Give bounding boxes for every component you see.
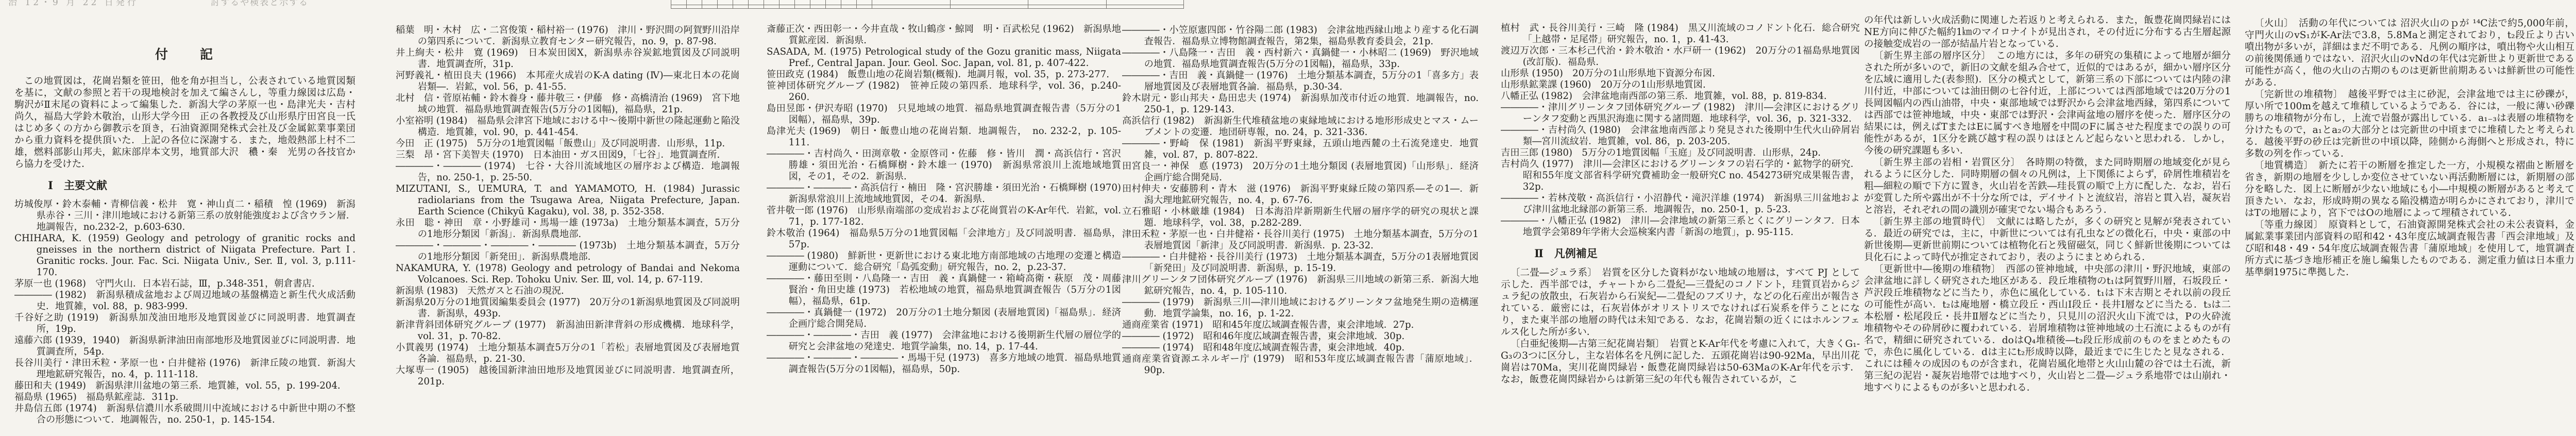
- reference-entry: ――――・八幡正弘 (1982) 津川―会津地域の新第三系とくにグリーンタフ．日…: [1501, 215, 1860, 238]
- reference-entry: 三梨 昂・宮下美智夫 (1970) 日本油田・ガス田図9，「七谷」．地質調査所.: [396, 149, 740, 161]
- scale-bar-small-cell: [749, 0, 764, 8]
- reference-entry: CHIHARA, K. (1959) Geology and petrology…: [14, 233, 355, 278]
- reference-entry: 斎藤正次・西田彰一・今井直哉・牧山鶴彦・鯨岡 明・百武松兒 (1962) 新潟県…: [767, 24, 1121, 46]
- reference-entry: ――――・――――・――――・―――― (1973b) 土地分類基本調査，5万分…: [396, 240, 740, 263]
- reference-entry: 高浜信行 (1982) 新潟新生代堆積盆地の東縁地域における地形形成史とマス・ム…: [1122, 115, 1479, 138]
- reference-entry: 永田 聡・神田 章・小野雄司・馬場一雄 (1973a) 土地分類基本調査，5万分…: [396, 217, 740, 240]
- reference-entry: ――――・真鍋健一 (1972) 20万分の1土地分類図 (表層地質図)「福島県…: [767, 307, 1121, 330]
- reference-entry: 福島県 (1965) 福島県鉱産誌．311p.: [14, 392, 355, 403]
- text-column-6: の年代は新しい火成活動に関連した若返りと考えられる．また，飯豊花崗閃緑岩にはNE…: [1864, 0, 2231, 394]
- reference-entry: 茅原一也 (1968) 守門火山．日本岩石誌，Ⅲ，p.348-351，朝倉書店.: [14, 278, 355, 290]
- reference-entry: 河野義礼・植田良夫 (1966) 本邦産火成岩のK-A dating (Ⅳ)―東…: [396, 70, 740, 93]
- reference-entry: ――――・八島隆一・吉田 義・西村新六・真鍋健一・小林昭二 (1969) 野沢地…: [1122, 47, 1479, 70]
- reference-entry: 井上絢夫・松井 寛 (1969) 日本炭田図Ⅹ，新潟県赤谷炭鉱地質図及び同説明書…: [396, 47, 740, 70]
- reference-entry: ――――・―――― (1974) 七谷・大谷川流域地区の層序および構造．地調報告…: [396, 161, 740, 183]
- paragraph: 〔火山〕 活動の年代については 沼沢火山のｐが ¹⁴C法で約5,000年前，守門…: [2245, 18, 2574, 89]
- reference-entry: 新潟県 (1983) 天然ガスと石油の現況.: [396, 286, 740, 297]
- paragraph: 〔地質構造〕 新たに若干の断層を推定した一方，小規模な褶曲と断層を省き，新期の地…: [2245, 160, 2574, 219]
- reference-entry: ――――・若林茂敬・高浜信行・小沼静代・滝沢洋雄 (1974) 新潟県三川盆地お…: [1501, 193, 1860, 215]
- reference-entry: 八幡正弘 (1982) 会津盆地南西部の第三系．地質雑，vol. 88，p. 8…: [1501, 91, 1860, 102]
- paragraph: 〔白亜紀後期―古第三紀花崗岩類〕 岩質とK-Ar年代を考慮に入れて，大きくG₁-…: [1501, 338, 1860, 385]
- reference-entry: ――――・――――・高浜信行・楠田 隆・宮沢勝雄・須田光治・石橋輝樹 (1970…: [767, 182, 1121, 205]
- reference-entry: ――――・白井健裕・長谷川美行 (1973) 土地分類基本調査，5万分の1表層地…: [1122, 251, 1479, 274]
- reference-entry: ――――・――――・――――・馬場干兒 (1973) 喜多方地域の地質．福島県地…: [767, 353, 1121, 375]
- reference-entry: SASADA, M. (1975) Petrological study of …: [767, 46, 1121, 69]
- reference-entry: 北村 信・菅原祐輔・鈴木養身・藤井敬三・伊藤 修・高橋清治 (1969) 宮下地…: [396, 93, 740, 115]
- reference-entry: ――――・吉村尚久・田渕章敬・金原啓司・佐藤 修・皆川 潤・高浜信行・宮沢勝雄・…: [767, 148, 1121, 182]
- reference-entry: ―――― (1972) 昭和46年度広域調査報告書，東会津地域．30p.: [1122, 331, 1479, 342]
- reference-entry: 笹神団体研究グループ (1982) 笹神丘陵の第四系．地球科学，vol. 36，…: [767, 80, 1121, 103]
- reference-entry: MIZUTANI, S., UEMURA, T. and YAMAMOTO, H…: [396, 183, 740, 217]
- reference-entry: 笹田政克 (1984) 飯豊山地の花崗岩類(概報)．地調月報，vol. 35，p…: [767, 69, 1121, 80]
- reference-entry: ―――― (1982) 新潟県積成盆地および周辺地域の基盤構造と新生代火成活動史…: [14, 290, 355, 312]
- reference-entry: 今田 正 (1975) 5万分の1地質図幅「飯豊山」及び同説明書．山形県，11p…: [396, 138, 740, 149]
- reference-entry: ――――・津川グリーンタフ団体研究グループ (1982) 津川―会津区におけるグ…: [1501, 102, 1860, 125]
- paragraph: 〔新生界主部の地質時代〕 文献には略したが，多くの研究と見解が発表されている．最…: [1864, 216, 2231, 263]
- paragraph: 〔完新世の堆積物〕 越後平野では主に砂泥，会津盆地では主に砂礫が，厚い所で100…: [2245, 89, 2574, 160]
- reference-entry: ―――― (1980) 鮮新世・更新世における東北地方南部地域の古地理の変遷と構…: [767, 250, 1121, 273]
- reference-entry: ――――・吉村尚久 (1980) 会津盆地南西部より発見された後期中生代火山砕屑…: [1501, 125, 1860, 147]
- reference-entry: 菅井敬一郎 (1976) 山形県南端部の変成岩および花崗質岩のK-Ar年代．岩鉱…: [767, 205, 1121, 228]
- reference-entry: 鈴木敬治 (1964) 福島県5万分の1地質図幅「会津地方」及び同説明書．福島県…: [767, 228, 1121, 250]
- reference-entry: 小貫義男 (1974) 土地分類基本調査5万分の1「若松」表層地質図及び表層地質…: [396, 342, 740, 365]
- reference-entry: 島田昱郎・伊沢寿昭 (1970) 只見地域の地質．福島県地質調査報告書（5万分の…: [767, 103, 1121, 126]
- text-column-5: 植村 武・長谷川美行・三崎 隆 (1984) 黒又川流域のコノドント化石．総合研…: [1501, 0, 1860, 385]
- reference-entry: 渡辺万次郎・三本杉己代治・鈴木敬治・水戸研一 (1962) 20万分の1福島県地…: [1501, 45, 1860, 68]
- reference-entry: ――――・小笠原憲四郎・竹谷陽二郎 (1983) 会津盆地西縁山地より産する化石…: [1122, 25, 1479, 47]
- reference-entry: 鈴木尉元・影山邦夫・島田忠夫 (1974) 新潟県加茂市付近の地質．地調報告，n…: [1122, 93, 1479, 115]
- reference-entry: 稲葉 明・木村 広・二宮俊策・稲村裕一 (1976) 津川・野沢間の阿賀野川沿岸…: [396, 25, 740, 47]
- reference-entry: 千谷好之助 (1919) 新潟県加茂油田地形及地質図並びに同説明書．地質調査所，…: [14, 312, 355, 335]
- reference-entry: ――――・吉田 義・真鍋健一 (1976) 土地分類基本調査，5万分の1「喜多方…: [1122, 70, 1479, 93]
- section-heading: Ⅱ 凡例補足: [1534, 245, 1860, 261]
- page-title: 付 記: [14, 44, 355, 63]
- text-column-2: 稲葉 明・木村 広・二宮俊策・稲村裕一 (1976) 津川・野沢間の阿賀野川沿岸…: [396, 0, 740, 388]
- reference-entry: ――――・藤田至則・八島隆一・吉田 義・真鍋健一・箱崎高衛・萩原 茂・周藤賢治・…: [767, 273, 1121, 307]
- reference-entry: 遠藤六郎 (1939，1940) 新潟県新津油田南部地形及地質図並びに同説明書．…: [14, 335, 355, 358]
- reference-entry: 山形県鉱業課 (1960) 20万分の1山形県地質図.: [1501, 79, 1860, 91]
- reference-entry: 通商産業省資源エネルギー庁 (1979) 昭和53年度広域調査報告書「蒲原地域」…: [1122, 354, 1479, 376]
- reference-entry: 植村 武・長谷川美行・三崎 隆 (1984) 黒又川流域のコノドント化石．総合研…: [1501, 23, 1860, 45]
- reference-entry: 大塚専一 (1905) 越後国新津油田地形及地質図並びに同説明書．地質調査所，2…: [396, 365, 740, 388]
- reference-entry: 津川グリーンタフ団体研究グループ (1976) 新潟県三川地域の新第三系．新潟大…: [1122, 274, 1479, 297]
- text-column-7: 〔火山〕 活動の年代については 沼沢火山のｐが ¹⁴C法で約5,000年前，守門…: [2245, 0, 2574, 278]
- reference-entry: ――――・――――・吉田 義 (1977) 会津盆地における後期新生代層の層位学…: [767, 330, 1121, 353]
- reference-entry: 吉村尚久 (1977) 津川―会津区におけるグリーンタフの岩石学的・鉱物学的研究…: [1501, 159, 1860, 193]
- reference-entry: 藤田和夫 (1949) 新潟県津川盆地の第三系．地質雑，vol. 55，p. 1…: [14, 380, 355, 392]
- reference-entry: 新潟県20万分の1地質図編集委員会 (1977) 20万分の1新潟県地質図及び同…: [396, 297, 740, 320]
- paragraph: 〔更新世中―後期の堆積物〕 西部の笹神地域，中央部の津川・野沢地域，東部の会津盆…: [1864, 263, 2231, 394]
- paragraph-continued: の年代は新しい火成活動に関連した若返りと考えられる．また，飯豊花崗閃緑岩にはNE…: [1864, 14, 2231, 50]
- reference-entry: ―――― (1974) 昭和48年度広域調査報告書，東会津地域．40p.: [1122, 342, 1479, 354]
- section-heading: Ⅰ 主要文献: [48, 177, 355, 193]
- text-column-1: 付 記この地質図は，花崗岩類を笹田，他を角が担当し，公表されている地質図類を基に…: [14, 0, 355, 426]
- reference-entry: 田宮良一・神保 悳 (1973) 20万分の1土地分類図 (表層地質図)「山形県…: [1122, 161, 1479, 183]
- text-column-3: 斎藤正次・西田彰一・今井直哉・牧山鶴彦・鯨岡 明・百武松兒 (1962) 新潟県…: [767, 0, 1121, 375]
- paragraph: 〔新生界主部の岩相・岩質区分〕 各時期の特徴，また同時期層の地域変化が見られるよ…: [1864, 157, 2231, 216]
- reference-entry: 立石雅昭・小林厳雄 (1984) 日本海沿岸新期新生代層の層序学的研究の現状と課…: [1122, 206, 1479, 229]
- reference-entry: 小室裕明 (1984) 福島県会津宮下地域における中～後期中新世の隆起運動と陥没…: [396, 115, 740, 138]
- reference-entry: 吉田三郎 (1980) 5万分の1地質図幅「玉庭」及び同説明書．山形県，24p.: [1501, 147, 1860, 159]
- reference-entry: 島津光夫 (1969) 朝日・飯豊山地の花崗岩類．地調報告， no. 232-2…: [767, 126, 1121, 148]
- reference-entry: 田村伸夫・安藤勝利・青木 滋 (1976) 新潟平野東縁丘陵の第四系―その1―．…: [1122, 183, 1479, 206]
- reference-entry: 井島信五郎 (1974) 新潟県信濃川水系破間川中流域における中新世中期の不整合…: [14, 403, 355, 426]
- reference-entry: ――――・野崎 保 (1981) 新潟平野東縁，五頭山地西麓の土石流発達史．地質…: [1122, 138, 1479, 161]
- paragraph: この地質図は，花崗岩類を笹田，他を角が担当し，公表されている地質図類を基に，文献…: [14, 75, 355, 170]
- reference-entry: 津田禾粒・茅原一也・白井健裕・長谷川美行 (1975) 土地分類基本調査，5万分…: [1122, 229, 1479, 251]
- reference-entry: ―――― (1979) 新潟県三川―津川地域におけるグリーンタフ盆地発生期の造構…: [1122, 297, 1479, 320]
- document-page: 治 12・9 月 22 日発行 討するや検表と示する 付 記この地質図は，花崗岩…: [0, 0, 2576, 436]
- reference-entry: 新津背斜団体研究グループ (1977) 新潟油田新津背斜の形成機構．地球科学，v…: [396, 320, 740, 342]
- text-column-4: ――――・小笠原憲四郎・竹谷陽二郎 (1983) 会津盆地西縁山地より産する化石…: [1122, 0, 1479, 376]
- paragraph: 〔新生界主部の層序区分〕 この地方には，多年の研究の集積によって地層が細分された…: [1864, 50, 2231, 157]
- reference-entry: 通商産業省 (1971) 昭和45年度広域調査報告書，東会津地域．27p.: [1122, 320, 1479, 331]
- reference-entry: 長谷川美行・津田禾粒・茅原一也・白井健裕 (1976) 新津丘陵の地質．新潟大理…: [14, 358, 355, 380]
- paragraph: 〔二畳―ジュラ系〕 岩質を区分した資料がない地域の地層は，すべて PJ として示…: [1501, 267, 1860, 338]
- reference-entry: 山形県 (1950) 20万分の1山形県地下資源分布図.: [1501, 68, 1860, 79]
- paragraph: 〔等重力線図〕 原資料として，石油資源開発株式会社の未公表資料，金属鉱業事業団内…: [2245, 219, 2574, 278]
- reference-entry: NAKAMURA, Y. (1978) Geology and petrolog…: [396, 263, 740, 286]
- reference-entry: 坊城俊厚・鈴木泰輔・青柳信義・松井 寛・神山貞二・稲積 惶 (1969) 新潟県…: [14, 199, 355, 233]
